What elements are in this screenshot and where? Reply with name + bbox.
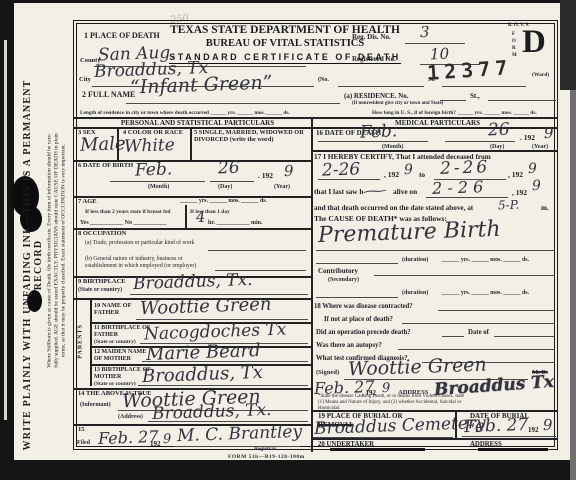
age-units: ______ yrs. ______ mos. ______ ds. — [180, 198, 267, 204]
reg-dis-rule — [405, 43, 465, 44]
length-of-residence-label: Length of residence in city or town wher… — [80, 110, 290, 116]
death-occurred-label: and that death occurred on the date stat… — [314, 204, 473, 212]
from-rule — [318, 179, 380, 180]
scan-edge-top — [0, 0, 576, 3]
dod-month-value: Feb. — [360, 121, 398, 142]
death-time-m-label: m. — [541, 204, 549, 212]
color-race-value: White — [124, 135, 175, 157]
registrar-rule — [174, 446, 300, 447]
column-divider — [311, 117, 313, 452]
mother-name-rule — [142, 361, 308, 362]
duration2-units: ______ yrs. ______ mos. ______ ds. — [442, 290, 529, 296]
birthplace-sub-label: (State or country) — [78, 287, 122, 293]
last-saw-label: that I last saw h — [314, 188, 363, 196]
mother-birthplace-rule — [138, 385, 308, 386]
ward-label: (Ward) — [532, 72, 549, 78]
filed-label: Filed — [77, 440, 90, 446]
margin-note-line1: Where Stillborn is given as cause of Dea… — [47, 41, 54, 461]
undertaker-rule — [330, 448, 425, 451]
full-name-rule — [126, 103, 340, 104]
sex-value: Male — [80, 133, 126, 156]
alive-on-label: alive on — [393, 188, 417, 196]
residence-label: (a) RESIDENCE. No. — [344, 92, 409, 100]
secondary-label: (Secondary) — [328, 277, 359, 283]
date-of-burial-value: Feb. 27 — [464, 415, 529, 437]
dob-year-caption: (Year) — [274, 184, 290, 190]
occupation-label: 8 OCCUPATION — [78, 230, 126, 237]
cell-line — [90, 298, 92, 386]
dod-month-rule — [318, 141, 428, 142]
mother-birthplace-value: Broaddus, Tx — [142, 362, 264, 387]
city-label: City — [79, 76, 91, 83]
residence-st-label: St., — [470, 92, 480, 100]
operation-date-rule — [494, 336, 554, 337]
age-hr-min: hr. ___________ min. — [208, 220, 262, 226]
duration2-blank-rule — [316, 297, 398, 298]
filed-number-label: 15 — [78, 426, 85, 433]
last-saw-value: 2 - 2 6 — [432, 177, 484, 198]
contributory-rule — [374, 275, 554, 276]
father-name-label: 10 NAME OF FATHER — [94, 302, 146, 316]
duration2-label: (duration) — [402, 290, 428, 296]
from-year-printed: , 192 — [384, 171, 399, 180]
burial-year-value: 9 — [543, 416, 553, 434]
burial-year-printed: 192 — [528, 426, 539, 434]
lastsaw-rule — [426, 197, 508, 198]
autopsy-label: Was there an autopsy? — [316, 342, 382, 350]
dod-day-rule — [445, 141, 515, 142]
residence-note: (If nonresident give city or town and St… — [352, 101, 443, 106]
footnote-line1: *State the disease Causing Death, or in … — [318, 394, 464, 399]
foreign-birth-label: How long in U. S., if of foreign birth? … — [372, 110, 537, 116]
residence-no-rule — [440, 100, 466, 101]
to-year-printed: , 192 — [508, 171, 523, 180]
filed-year-printed: 192 — [150, 440, 161, 448]
occupation-a-rule — [208, 250, 306, 251]
birthplace-label: 9 BIRTHPLACE — [78, 278, 126, 285]
city-no-label: (No. — [318, 77, 329, 84]
attended-from-value: 2-26 — [322, 159, 361, 180]
dod-year-printed: . 192 — [520, 134, 535, 143]
city-no-rule — [338, 86, 424, 87]
contributory-label: Contributory — [318, 267, 358, 275]
scan-edge-bottom — [0, 460, 576, 480]
mother-birthplace-sub: (State or country) — [94, 381, 136, 387]
city-st-label: St. — [428, 77, 435, 84]
full-name-label: 2 FULL NAME — [82, 90, 135, 99]
attended-to-value: 2-26 — [440, 157, 491, 179]
informant-label: (Informant) — [80, 402, 111, 408]
informant-address-label: (Address) — [118, 414, 143, 420]
birthplace-value: Broaddus, Tx. — [133, 270, 253, 294]
personal-section-title: PERSONAL AND STATISTICAL PARTICULARS — [90, 119, 305, 127]
scan-edge-left — [0, 0, 14, 480]
duration-blank-rule — [316, 263, 398, 264]
dod-day-value: 26 — [488, 120, 510, 141]
age-label: 7 AGE — [78, 198, 97, 205]
last-saw-scrawl: ~ — [359, 183, 390, 199]
reg-dis-no-value: 3 — [420, 23, 430, 41]
dob-day-caption: (Day) — [218, 184, 232, 190]
place-of-death-label: 1 PLACE OF DEATH — [84, 31, 160, 40]
footnote-line2: (1) Means and Nature of Injury, and (2) … — [318, 400, 461, 405]
dob-month-caption: (Month) — [148, 184, 169, 190]
operation-label: Did an operation precede death? — [316, 329, 411, 337]
marital-status-label: 5 SINGLE, MARRIED, WIDOWED OR DIVORCED (… — [194, 129, 306, 143]
city-st-rule — [442, 86, 526, 87]
form-word-vertical: FORM — [512, 31, 518, 59]
autopsy-rule — [398, 349, 554, 350]
margin-note-line3: terms, so that it may be properly classi… — [61, 41, 68, 461]
burial-date-rule — [462, 436, 556, 437]
registrar-label: Registrar — [254, 446, 276, 452]
where-contracted-rule — [438, 310, 554, 311]
dob-year-value: 9 — [284, 162, 294, 180]
where-contracted-label: 18 Where was disease contracted? — [314, 303, 413, 311]
parents-group-label: PARENTS — [78, 311, 85, 371]
dob-day-value: 26 — [218, 158, 240, 179]
age-yes-no: Yes ___________ No ___________ — [80, 220, 167, 226]
dob-month-value: Feb. — [135, 159, 173, 180]
form-number: FORM 51b—B19-128-100m — [228, 454, 305, 460]
grid-line — [311, 438, 558, 440]
margin-warning-text: WRITE PLAINLY WITH UNFADING INK—THIS IS … — [22, 65, 44, 465]
scan-corner-smudge — [560, 0, 576, 90]
death-time-value: 5-P. — [498, 198, 520, 213]
margin-note-line2: fully supplied. AGE should be stated EXA… — [54, 41, 61, 461]
dod-year-value: 9 — [544, 124, 554, 142]
filed-year-value: 9 — [163, 432, 172, 447]
registered-no-label: Registered No. — [352, 55, 396, 63]
age-hours-value: 4 — [196, 208, 206, 226]
reg-dis-no-label: Reg. Dis. No. — [352, 33, 391, 41]
dob-month-rule — [110, 181, 205, 182]
operation-rule — [442, 336, 464, 337]
death-certificate-scan: WRITE PLAINLY WITH UNFADING INK—THIS IS … — [0, 0, 576, 480]
age-breastfed-label: If less than 2 years state if breast fed — [85, 209, 170, 215]
date-of-birth-label: 6 DATE OF BIRTH — [78, 162, 133, 169]
to-year-value: 9 — [528, 161, 537, 177]
if-not-place-label: If not at place of death? — [324, 316, 393, 324]
scan-edge-streak — [4, 40, 7, 420]
residence-st-rule — [488, 100, 556, 101]
cell-line — [185, 205, 187, 228]
cause-rule — [316, 250, 554, 251]
operation-date-label: Date of — [468, 329, 489, 337]
duration-label: (duration) — [402, 257, 428, 263]
to-label: to — [419, 171, 425, 179]
lastsaw-year-printed: , 192 — [512, 189, 527, 198]
from-year-value: 9 — [404, 162, 413, 178]
duration-units: ______ yrs. ______ mos. ______ ds. — [442, 257, 529, 263]
father-birthplace-sub: (State or country) — [94, 339, 136, 345]
if-not-place-rule — [402, 323, 554, 324]
undertaker-address-rule — [478, 448, 548, 451]
occupation-b-label: (b) General nature of industry, business… — [85, 256, 210, 269]
dob-day-rule — [210, 181, 254, 182]
form-letter-d: D — [522, 24, 546, 62]
lastsaw-year-value: 9 — [532, 178, 541, 194]
dob-year-printed: . 192 — [258, 172, 273, 181]
cell-line — [190, 127, 192, 160]
occupation-a-label: (a) Trade, profession or particular kind… — [85, 240, 203, 247]
signed-label: (Signed) — [316, 369, 339, 376]
